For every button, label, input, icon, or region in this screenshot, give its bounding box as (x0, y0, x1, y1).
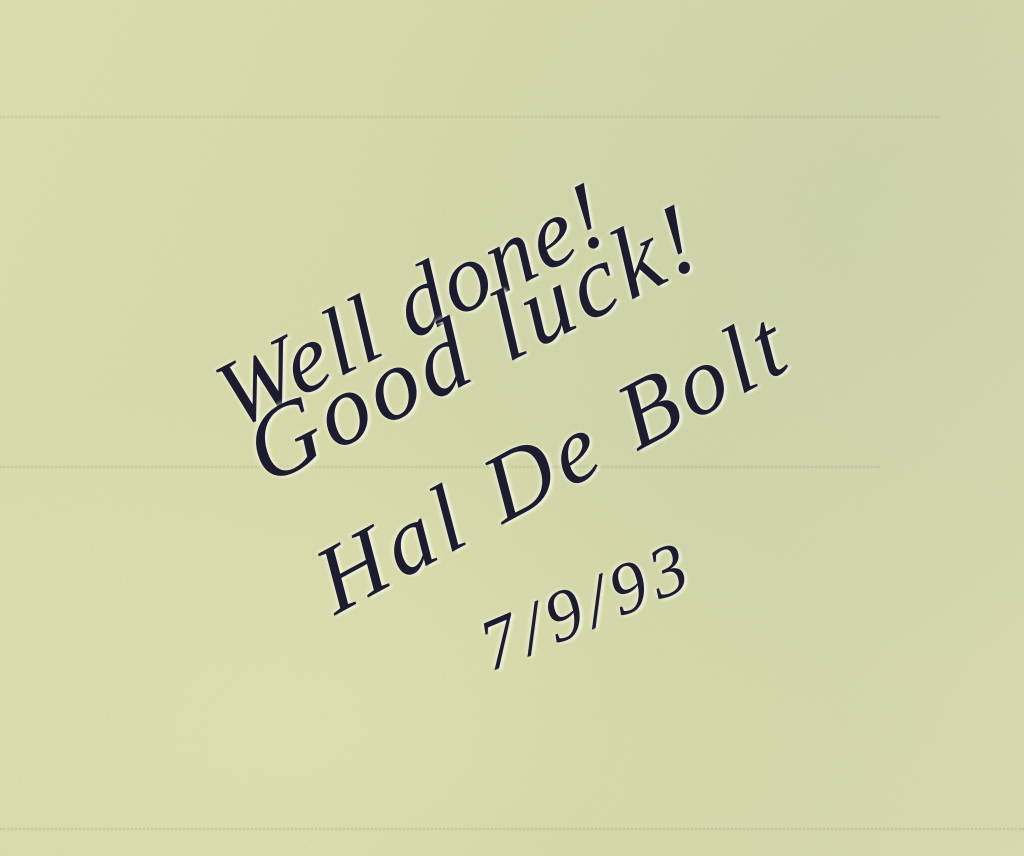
handwriting-line-good-luck: Good luck! (229, 177, 717, 509)
handwriting-line-well-done: Well done! (200, 157, 622, 452)
signature: Hal De Bolt (299, 285, 806, 636)
ruled-line-bottom (0, 828, 1024, 830)
handwritten-date: 7/9/93 (469, 522, 704, 689)
paper-texture (0, 0, 1024, 856)
ruled-line-top (0, 116, 940, 118)
handwritten-note-photo: Well done! Good luck! Hal De Bolt 7/9/93 (0, 0, 1024, 856)
ruled-line-middle (0, 466, 880, 468)
